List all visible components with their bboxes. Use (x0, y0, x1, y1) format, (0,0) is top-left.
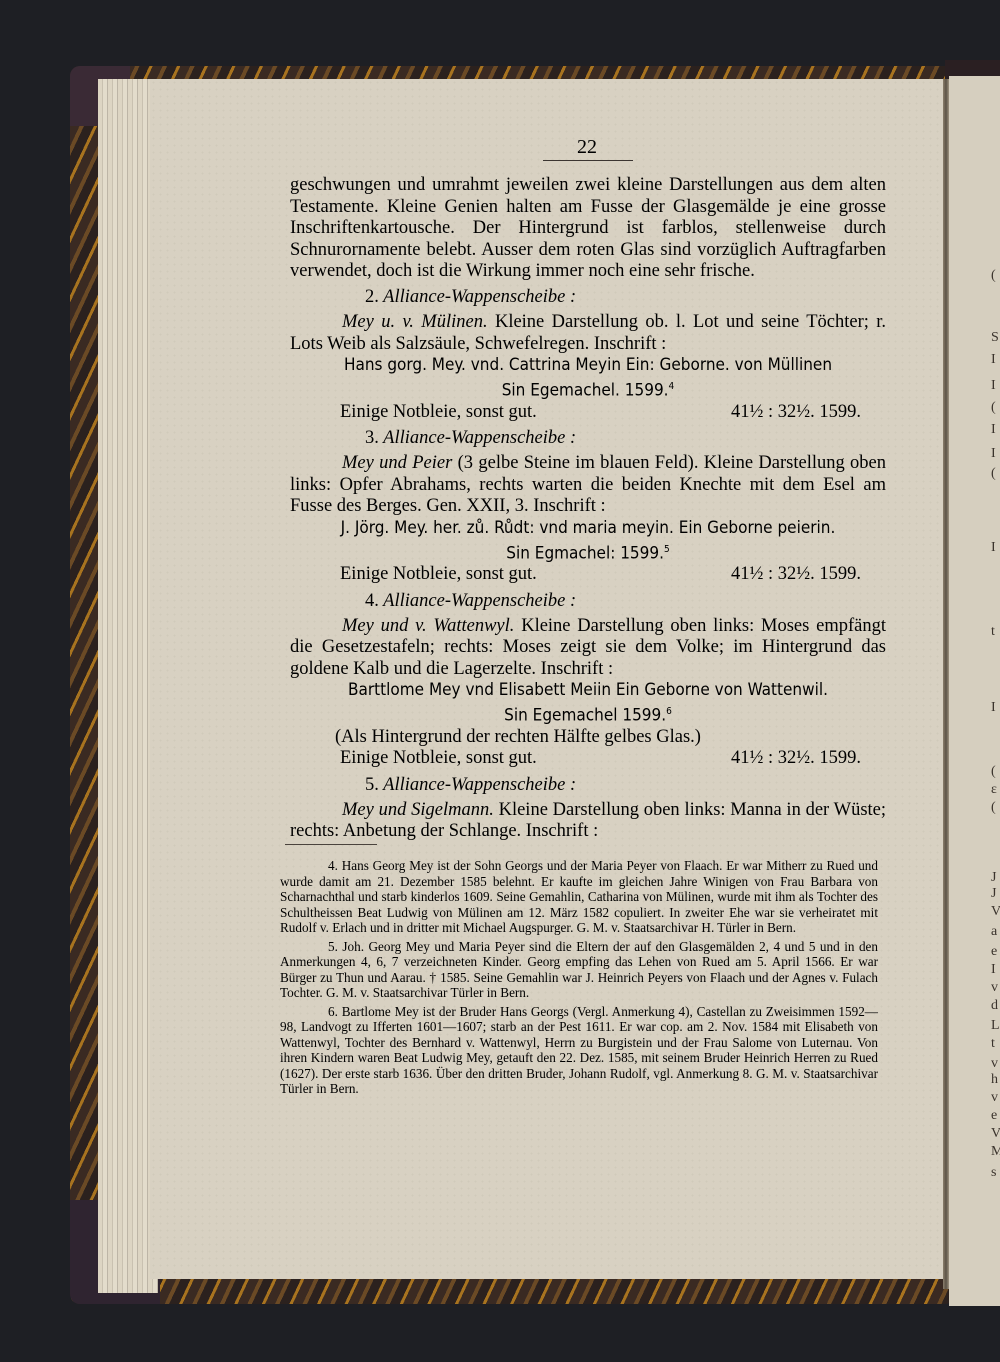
right-page-fragment: V (991, 904, 1000, 920)
footnote-5: 5. Joh. Georg Mey und Maria Peyer sind d… (280, 939, 878, 1001)
right-page-fragment: t (991, 624, 995, 640)
right-page-fragment: ( (991, 800, 996, 816)
right-page-fragment: V (991, 1126, 1000, 1142)
entry-2: 2. Alliance-Wappenscheibe : Mey u. v. Mü… (290, 282, 886, 423)
entry-heading: 4. Alliance-Wappenscheibe : (290, 586, 886, 616)
footnote-ref[interactable]: 5 (664, 544, 670, 555)
right-page-fragment: v (991, 1090, 998, 1106)
right-page-fragment: I (991, 378, 996, 394)
inscription-line-1: J. Jörg. Mey. her. zů. Růdt: vnd maria m… (290, 518, 886, 539)
footnote-ref[interactable]: 4 (669, 381, 675, 392)
right-page-fragment: I (991, 422, 996, 438)
footnote-ref[interactable]: 6 (666, 706, 672, 717)
right-page-fragment: I (991, 446, 996, 462)
right-page-fragment: ( (991, 466, 996, 482)
right-page-fragment: ɛ (991, 782, 997, 798)
condition-line: Einige Notbleie, sonst gut.41½ : 32½. 15… (290, 402, 886, 424)
right-page-fragment: S (991, 330, 999, 346)
right-page-fragment: J (991, 886, 996, 902)
right-page-fragment: I (991, 352, 996, 368)
entry-4: 4. Alliance-Wappenscheibe : Mey und v. W… (290, 586, 886, 770)
footnote-rule (285, 844, 377, 845)
entry-description: Mey u. v. Mülinen. Kleine Darstellung ob… (290, 312, 886, 355)
page-number: 22 (540, 136, 634, 159)
right-page-fragment: v (991, 980, 998, 996)
entry-3: 3. Alliance-Wappenscheibe : Mey und Peie… (290, 423, 886, 586)
right-page-fragment: ( (991, 400, 996, 416)
entry-description: Mey und Sigelmann. Kleine Darstellung ob… (290, 800, 886, 843)
right-page-fragment: t (991, 1036, 995, 1052)
right-page-fragment: ( (991, 764, 996, 780)
right-page-fragment: I (991, 540, 996, 556)
entry-5: 5. Alliance-Wappenscheibe : Mey und Sige… (290, 770, 886, 843)
right-page-fragment: L (991, 1018, 1000, 1034)
footnote-4: 4. Hans Georg Mey ist der Sohn Georgs un… (280, 858, 878, 936)
right-page-fragment: J (991, 870, 996, 886)
extra-note: (Als Hintergrund der rechten Hälfte gelb… (290, 727, 886, 749)
condition-line: Einige Notbleie, sonst gut.41½ : 32½. 15… (290, 564, 886, 586)
right-page-fragment: s (991, 1165, 996, 1181)
dimensions: 41½ : 32½. 1599. (731, 402, 861, 424)
page-number-rule (543, 160, 633, 161)
inscription-line-2: Sin Egemachel. 1599.4 (290, 376, 886, 402)
inscription-line-2: Sin Egmachel: 1599.5 (290, 539, 886, 565)
intro-paragraph: geschwungen und umrahmt jeweilen zwei kl… (290, 175, 886, 282)
dimensions: 41½ : 32½. 1599. (731, 748, 861, 770)
entry-heading: 3. Alliance-Wappenscheibe : (290, 423, 886, 453)
right-page-fragment: I (991, 962, 996, 978)
right-page-fragment: d (991, 998, 998, 1014)
entry-heading: 5. Alliance-Wappenscheibe : (290, 770, 886, 800)
right-page-fragment: ( (991, 268, 996, 284)
right-page-fragment: I (991, 700, 996, 716)
dimensions: 41½ : 32½. 1599. (731, 564, 861, 586)
entry-description: Mey und v. Wattenwyl. Kleine Darstellung… (290, 616, 886, 681)
main-text: geschwungen und umrahmt jeweilen zwei kl… (290, 175, 886, 843)
right-page-fragment: M (991, 1144, 1000, 1160)
inscription-line-1: Hans gorg. Mey. vnd. Cattrina Meyin Ein:… (290, 355, 886, 376)
entry-heading: 2. Alliance-Wappenscheibe : (290, 282, 886, 312)
right-page-fragment: e (991, 1108, 997, 1124)
footnotes: 4. Hans Georg Mey ist der Sohn Georgs un… (280, 858, 878, 1100)
right-page-fragment: v (991, 1056, 998, 1072)
inscription-line-2: Sin Egemachel 1599.6 (290, 701, 886, 727)
right-page-fragment: a (991, 924, 997, 940)
inscription-line-1: Barttlome Mey vnd Elisabett Meiin Ein Ge… (290, 680, 886, 701)
entry-description: Mey und Peier (3 gelbe Steine im blauen … (290, 453, 886, 518)
page-edges (98, 79, 158, 1293)
right-page-fragment: e (991, 944, 997, 960)
condition-line: Einige Notbleie, sonst gut.41½ : 32½. 15… (290, 748, 886, 770)
right-page-fragment: h (991, 1072, 998, 1088)
footnote-6: 6. Bartlome Mey ist der Bruder Hans Geor… (280, 1004, 878, 1097)
right-page-edge: (SII(II(ItI(ɛ(JJVaeIvdLtvhveVMs (949, 76, 1000, 1306)
